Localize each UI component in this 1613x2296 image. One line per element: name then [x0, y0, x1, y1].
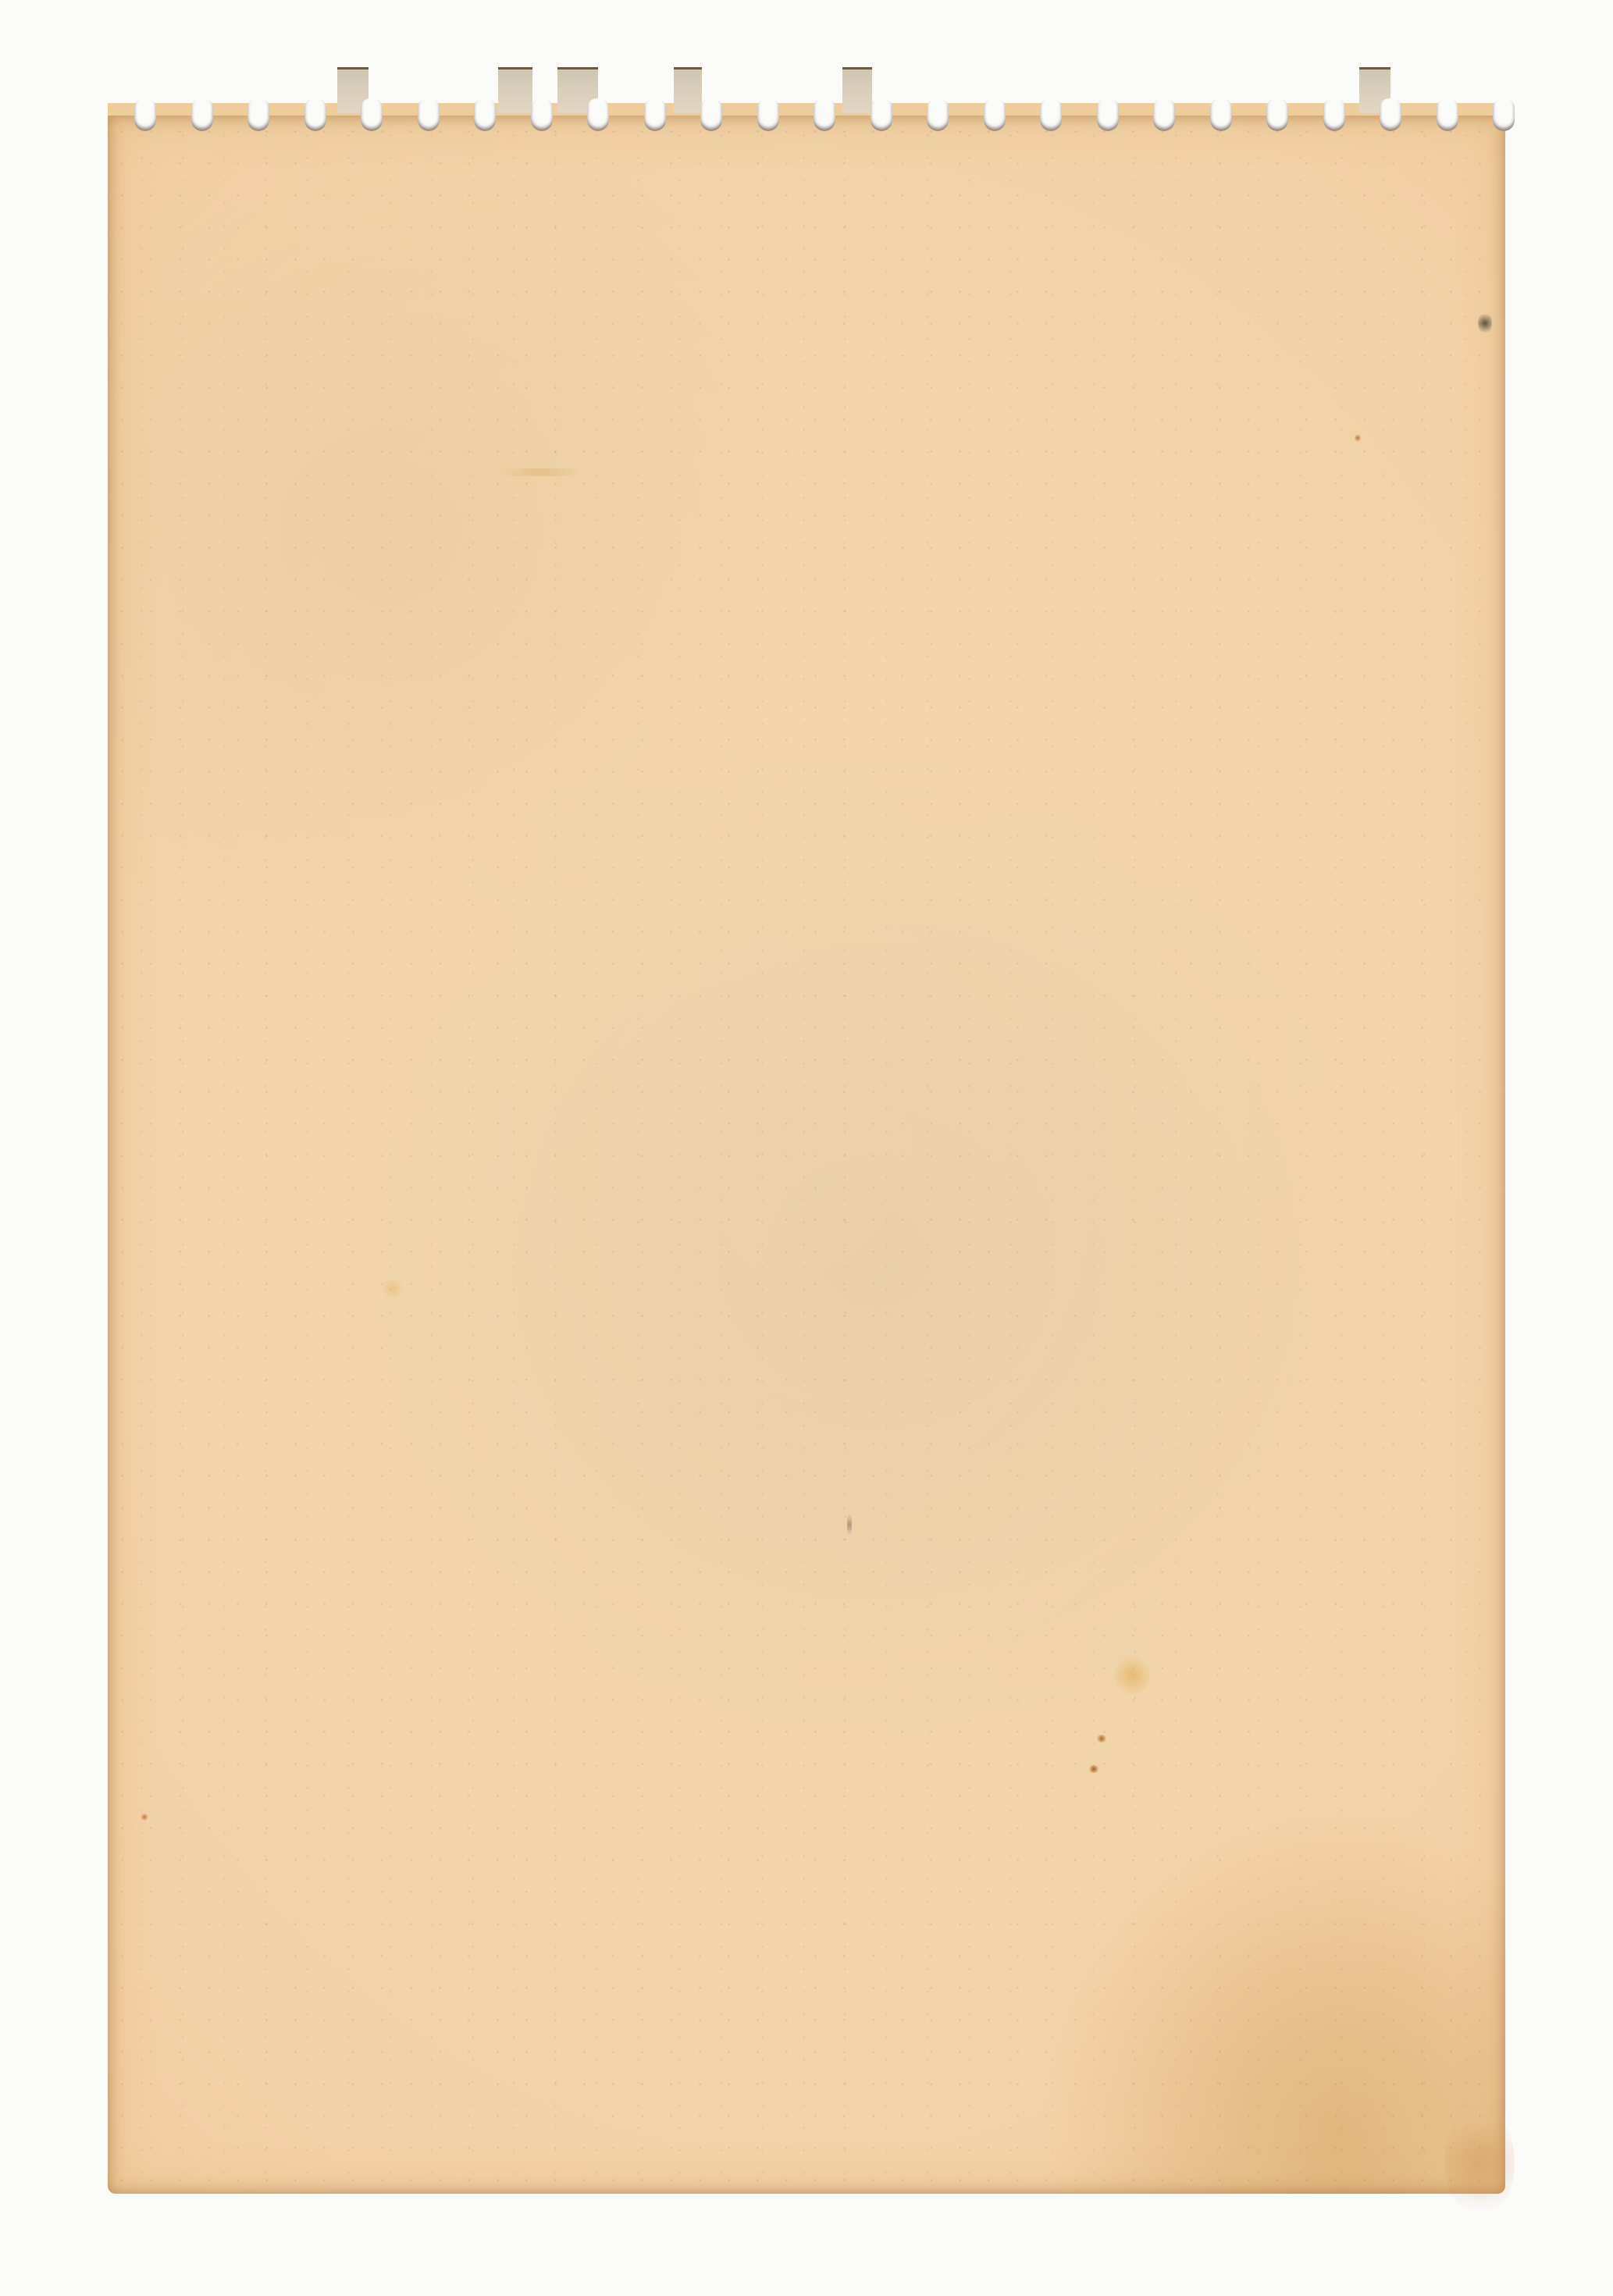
- binding-hole: [418, 98, 440, 131]
- stain-mark: [1096, 1735, 1107, 1742]
- torn-stub: [674, 67, 702, 113]
- binding-hole: [1266, 98, 1288, 131]
- stain-mark: [141, 1814, 148, 1821]
- binding-hole: [247, 98, 269, 131]
- stain-mark: [1114, 1655, 1150, 1696]
- binding-hole: [700, 98, 722, 131]
- torn-stub: [498, 67, 532, 113]
- stain-mark: [1355, 434, 1361, 442]
- binding-hole: [1097, 98, 1119, 131]
- binding-hole: [1210, 98, 1232, 131]
- binding-hole: [1153, 98, 1175, 131]
- binding-hole: [361, 98, 383, 131]
- binding-hole: [757, 98, 779, 131]
- binding-hole: [1380, 98, 1401, 131]
- binding-hole: [814, 98, 835, 131]
- stain-mark: [381, 1279, 404, 1298]
- binding-hole: [191, 98, 213, 131]
- stain-mark: [1478, 312, 1492, 334]
- binding-hole: [474, 98, 496, 131]
- binding-hole: [134, 98, 156, 131]
- binding-hole: [927, 98, 949, 131]
- binding-hole: [984, 98, 1006, 131]
- aged-paper-sheet: [108, 116, 1505, 2194]
- binding-hole: [871, 98, 892, 131]
- binding-hole: [644, 98, 666, 131]
- stain-mark: [1444, 2108, 1515, 2217]
- binding-hole: [587, 98, 609, 131]
- stain-mark: [482, 468, 599, 476]
- stain-mark: [1088, 1765, 1099, 1773]
- binding-hole: [1323, 98, 1345, 131]
- scanned-notepad-page: [0, 0, 1613, 2296]
- binding-hole: [1493, 98, 1515, 131]
- torn-stub: [842, 67, 872, 113]
- binding-hole: [1040, 98, 1062, 131]
- binding-hole: [531, 98, 553, 131]
- binding-hole: [304, 98, 326, 131]
- stain-mark: [847, 1511, 852, 1539]
- binding-hole: [1437, 98, 1458, 131]
